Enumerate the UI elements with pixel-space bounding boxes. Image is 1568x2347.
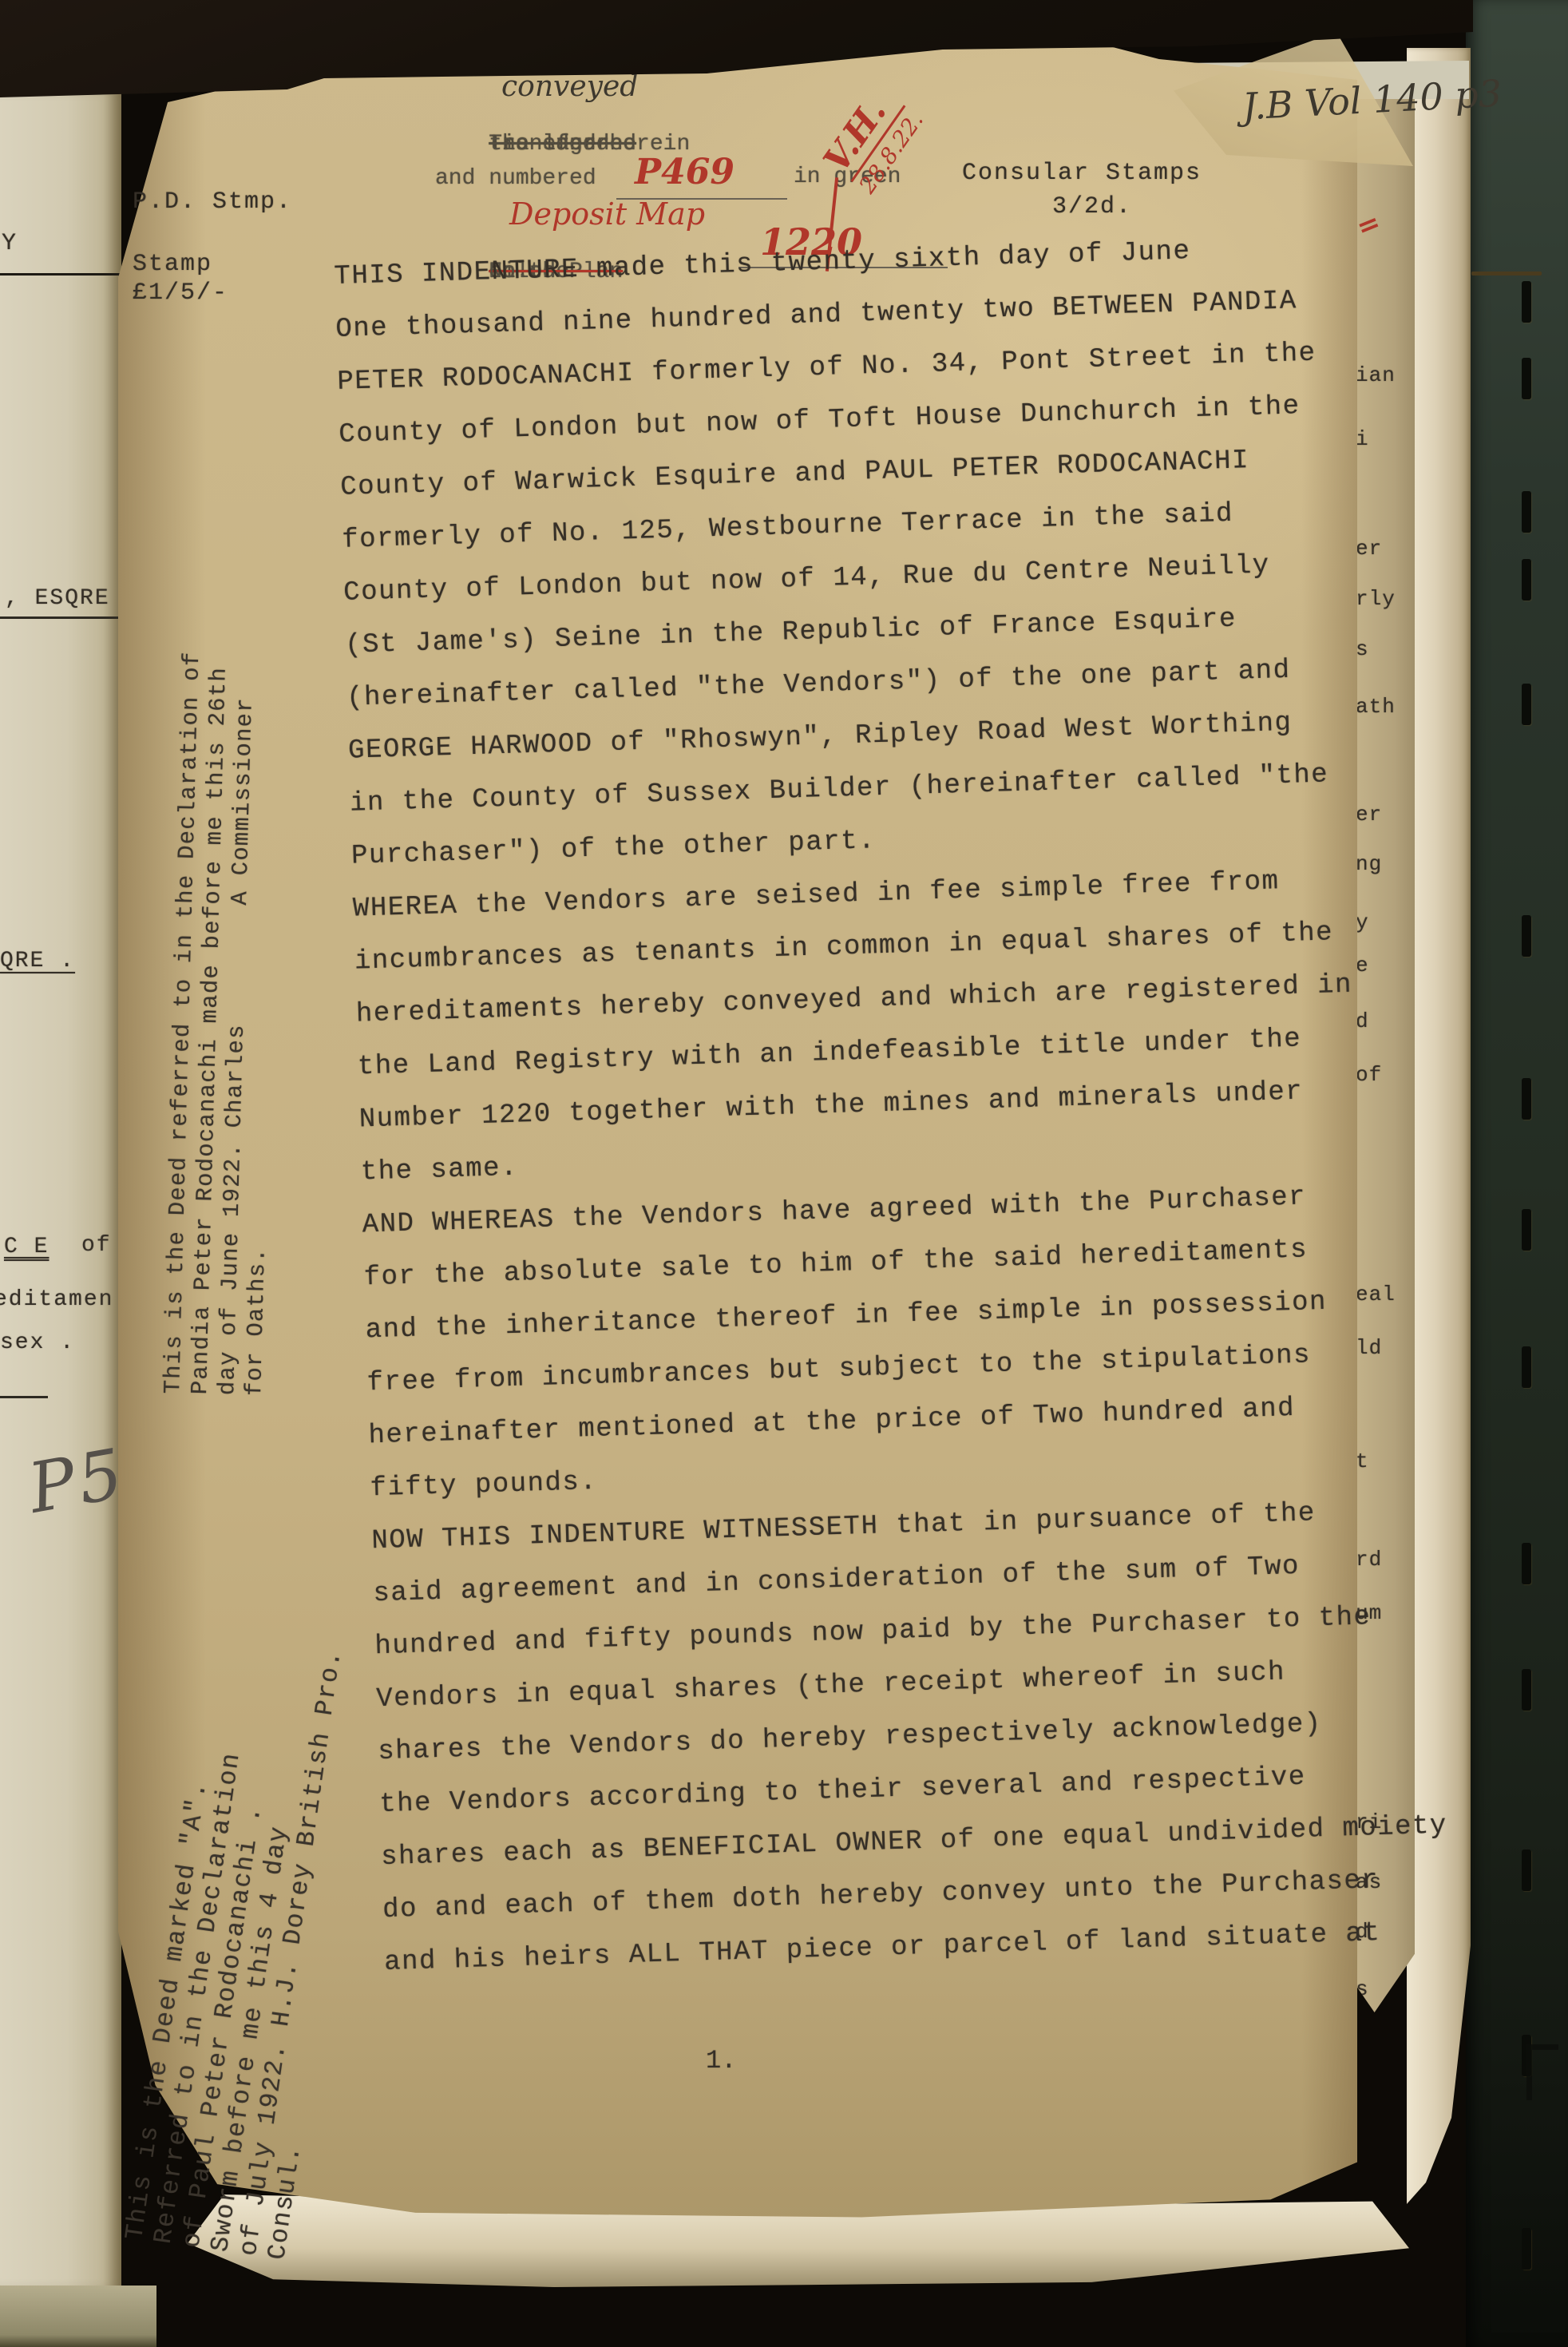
ruled-line <box>0 616 121 619</box>
stitch-mark <box>1522 1849 1531 1891</box>
pd-stamp-label: P.D. Stmp. <box>133 188 292 216</box>
red-plan-number: P469 <box>635 152 735 192</box>
stitch-mark <box>1522 1346 1531 1388</box>
handwritten-p54: P54 <box>23 1425 121 1529</box>
fragment-of: of <box>81 1233 112 1258</box>
fragment-qre: QRE . <box>0 949 75 973</box>
stitch-mark <box>1522 358 1531 399</box>
fragment-ce: C E <box>4 1235 49 1259</box>
binding-thread <box>1471 272 1542 276</box>
fragment-editamen: editamen <box>0 1287 113 1312</box>
stitch-mark <box>1522 1543 1531 1584</box>
stitch-mark <box>1522 1209 1531 1251</box>
stitch-mark <box>1522 684 1531 725</box>
ruled-line <box>0 1396 48 1398</box>
edging-note-post: is edged <box>489 132 609 157</box>
stitch-mark <box>1522 559 1531 601</box>
underlying-page-left-lower <box>0 2286 156 2347</box>
scanned-deed-page: ianierrlysatherngyedofealldtrdumriasds =… <box>0 0 1568 2347</box>
stitch-mark <box>1522 1669 1531 1711</box>
deed-body: THIS INDENTURE made this twenty sixth da… <box>334 228 1519 2000</box>
consular-stamps-label: Consular Stamps <box>962 160 1202 187</box>
cut-off-text-fragment: s <box>1356 1977 1369 2001</box>
page-number: 1. <box>706 2046 736 2075</box>
consular-stamps-value: 3/2d. <box>1052 193 1132 220</box>
numbering-note-pre: and numbered <box>435 166 596 191</box>
ruled-line <box>0 273 121 276</box>
red-deposit-map: Deposit Map <box>509 196 705 232</box>
underlying-page-left: Y , ESQRE QRE . C E of editamen sex . P5… <box>0 89 121 2290</box>
cover-bracket-mark <box>1526 2044 1558 2100</box>
stitch-mark <box>1522 281 1531 323</box>
margin-note-declaration-pandia: This is the Deed referred to in the Decl… <box>160 651 287 1396</box>
stitch-mark <box>1522 915 1531 957</box>
stitch-mark <box>1522 2228 1531 2270</box>
fragment-letter-y: Y <box>2 230 18 257</box>
stitch-mark <box>1522 1078 1531 1120</box>
fragment-sex: sex . <box>0 1330 75 1355</box>
stamp-value-label: Stamp <box>133 251 212 278</box>
fragment-esqre: , ESQRE <box>5 586 110 611</box>
stitch-mark <box>1522 491 1531 533</box>
stamp-value-amount: £1/5/- <box>133 279 228 307</box>
